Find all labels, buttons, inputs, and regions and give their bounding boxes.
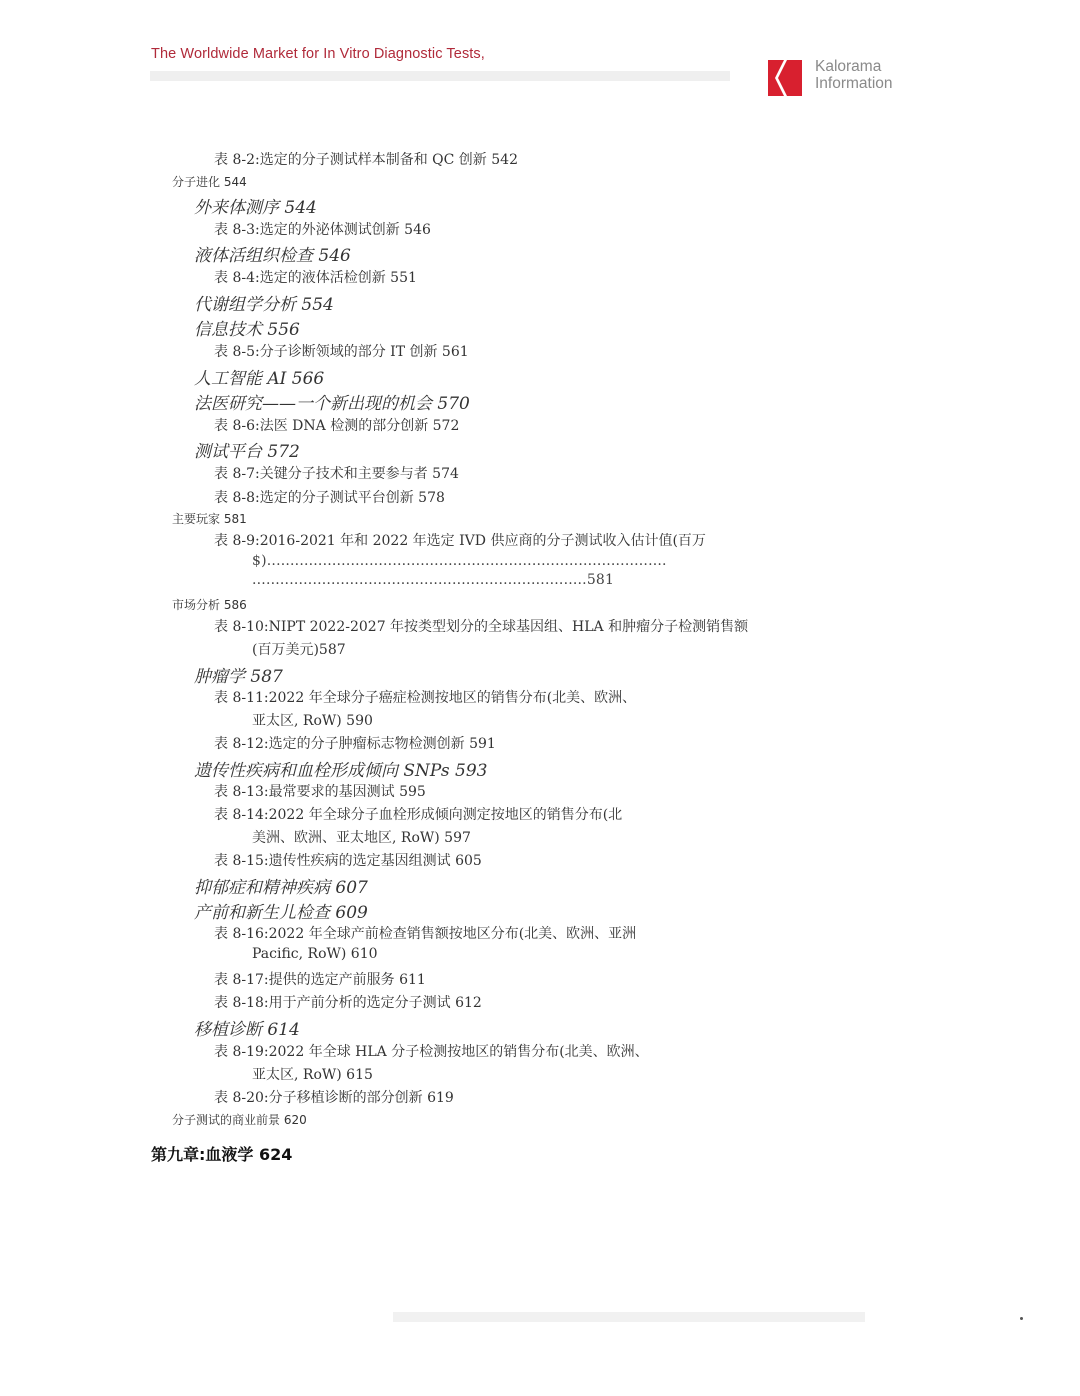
- toc-table-entry[interactable]: 表 8-13:最常要求的基因测试 595: [214, 781, 426, 801]
- footer-mark: [1020, 1317, 1023, 1320]
- toc-subsection-entry[interactable]: 测试平台 572: [194, 437, 300, 462]
- toc-table-entry[interactable]: 表 8-19:2022 年全球 HLA 分子检测按地区的销售分布(北美、欧洲、: [214, 1041, 649, 1061]
- toc-table-entry[interactable]: 表 8-6:法医 DNA 检测的部分创新 572: [214, 415, 459, 435]
- toc-subsection-entry[interactable]: 人工智能 AI 566: [194, 364, 324, 389]
- logo-line-1: Kalorama: [815, 58, 893, 75]
- toc-leader-dots: ........................................…: [252, 572, 614, 588]
- toc-section-entry[interactable]: 分子测试的商业前景 620: [172, 1111, 307, 1128]
- document-title: The Worldwide Market for In Vitro Diagno…: [151, 46, 485, 62]
- toc-section-entry[interactable]: 分子进化 544: [172, 173, 247, 190]
- toc-entry-continuation[interactable]: Pacific, RoW) 610: [252, 946, 378, 962]
- toc-table-entry[interactable]: 表 8-8:选定的分子测试平台创新 578: [214, 487, 445, 507]
- toc-table-entry[interactable]: 表 8-9:2016-2021 年和 2022 年选定 IVD 供应商的分子测试…: [214, 530, 706, 550]
- toc-table-entry[interactable]: 表 8-16:2022 年全球产前检查销售额按地区分布(北美、欧洲、亚洲: [214, 923, 636, 943]
- toc-section-entry[interactable]: 主要玩家 581: [172, 510, 247, 527]
- toc-subsection-entry[interactable]: 产前和新生儿检查 609: [194, 898, 368, 923]
- footer-divider: [393, 1312, 865, 1322]
- toc-entry-continuation[interactable]: 美洲、欧洲、亚太地区, RoW) 597: [252, 827, 471, 847]
- toc-table-entry[interactable]: 表 8-15:遗传性疾病的选定基因组测试 605: [214, 850, 482, 870]
- toc-subsection-entry[interactable]: 肿瘤学 587: [194, 662, 283, 687]
- toc-subsection-entry[interactable]: 外来体测序 544: [194, 193, 317, 218]
- logo-wordmark: Kalorama Information: [815, 58, 893, 92]
- toc-table-entry[interactable]: 表 8-11:2022 年全球分子癌症检测按地区的销售分布(北美、欧洲、: [214, 687, 636, 707]
- toc-subsection-entry[interactable]: 信息技术 556: [194, 315, 300, 340]
- header-divider: [150, 71, 730, 81]
- toc-table-entry[interactable]: 表 8-2:选定的分子测试样本制备和 QC 创新 542: [214, 149, 518, 169]
- toc-table-entry[interactable]: 表 8-7:关键分子技术和主要参与者 574: [214, 463, 459, 483]
- toc-subsection-entry[interactable]: 法医研究——一个新出现的机会 570: [194, 389, 470, 414]
- logo-line-2: Information: [815, 75, 893, 92]
- toc-subsection-entry[interactable]: 抑郁症和精神疾病 607: [194, 873, 368, 898]
- toc-subsection-entry[interactable]: 液体活组织检查 546: [194, 241, 351, 266]
- toc-subsection-entry[interactable]: 移植诊断 614: [194, 1015, 300, 1040]
- toc-entry-continuation[interactable]: 亚太区, RoW) 590: [252, 710, 373, 730]
- kalorama-k-logo-icon: [768, 60, 802, 96]
- toc-table-entry[interactable]: 表 8-12:选定的分子肿瘤标志物检测创新 591: [214, 733, 496, 753]
- toc-table-entry[interactable]: 表 8-5:分子诊断领域的部分 IT 创新 561: [214, 341, 469, 361]
- toc-table-entry[interactable]: 表 8-18:用于产前分析的选定分子测试 612: [214, 992, 482, 1012]
- toc-table-entry[interactable]: 表 8-10:NIPT 2022-2027 年按类型划分的全球基因组、HLA 和…: [214, 616, 748, 636]
- toc-subsection-entry[interactable]: 遗传性疾病和血栓形成倾向 SNPs 593: [194, 756, 487, 781]
- kalorama-logo: Kalorama Information: [768, 60, 908, 100]
- toc-table-entry[interactable]: 表 8-20:分子移植诊断的部分创新 619: [214, 1087, 454, 1107]
- toc-section-entry[interactable]: 市场分析 586: [172, 596, 247, 613]
- toc-table-entry[interactable]: 表 8-4:选定的液体活检创新 551: [214, 267, 417, 287]
- toc-table-entry[interactable]: 表 8-3:选定的外泌体测试创新 546: [214, 219, 431, 239]
- toc-entry-continuation[interactable]: 亚太区, RoW) 615: [252, 1064, 373, 1084]
- toc-leader-dots: $)......................................…: [252, 553, 667, 569]
- toc-table-entry[interactable]: 表 8-17:提供的选定产前服务 611: [214, 969, 426, 989]
- toc-chapter-entry[interactable]: 第九章:血液学 624: [151, 1142, 292, 1165]
- toc-subsection-entry[interactable]: 代谢组学分析 554: [194, 290, 334, 315]
- toc-table-entry[interactable]: 表 8-14:2022 年全球分子血栓形成倾向测定按地区的销售分布(北: [214, 804, 622, 824]
- toc-entry-continuation[interactable]: (百万美元)587: [252, 639, 346, 659]
